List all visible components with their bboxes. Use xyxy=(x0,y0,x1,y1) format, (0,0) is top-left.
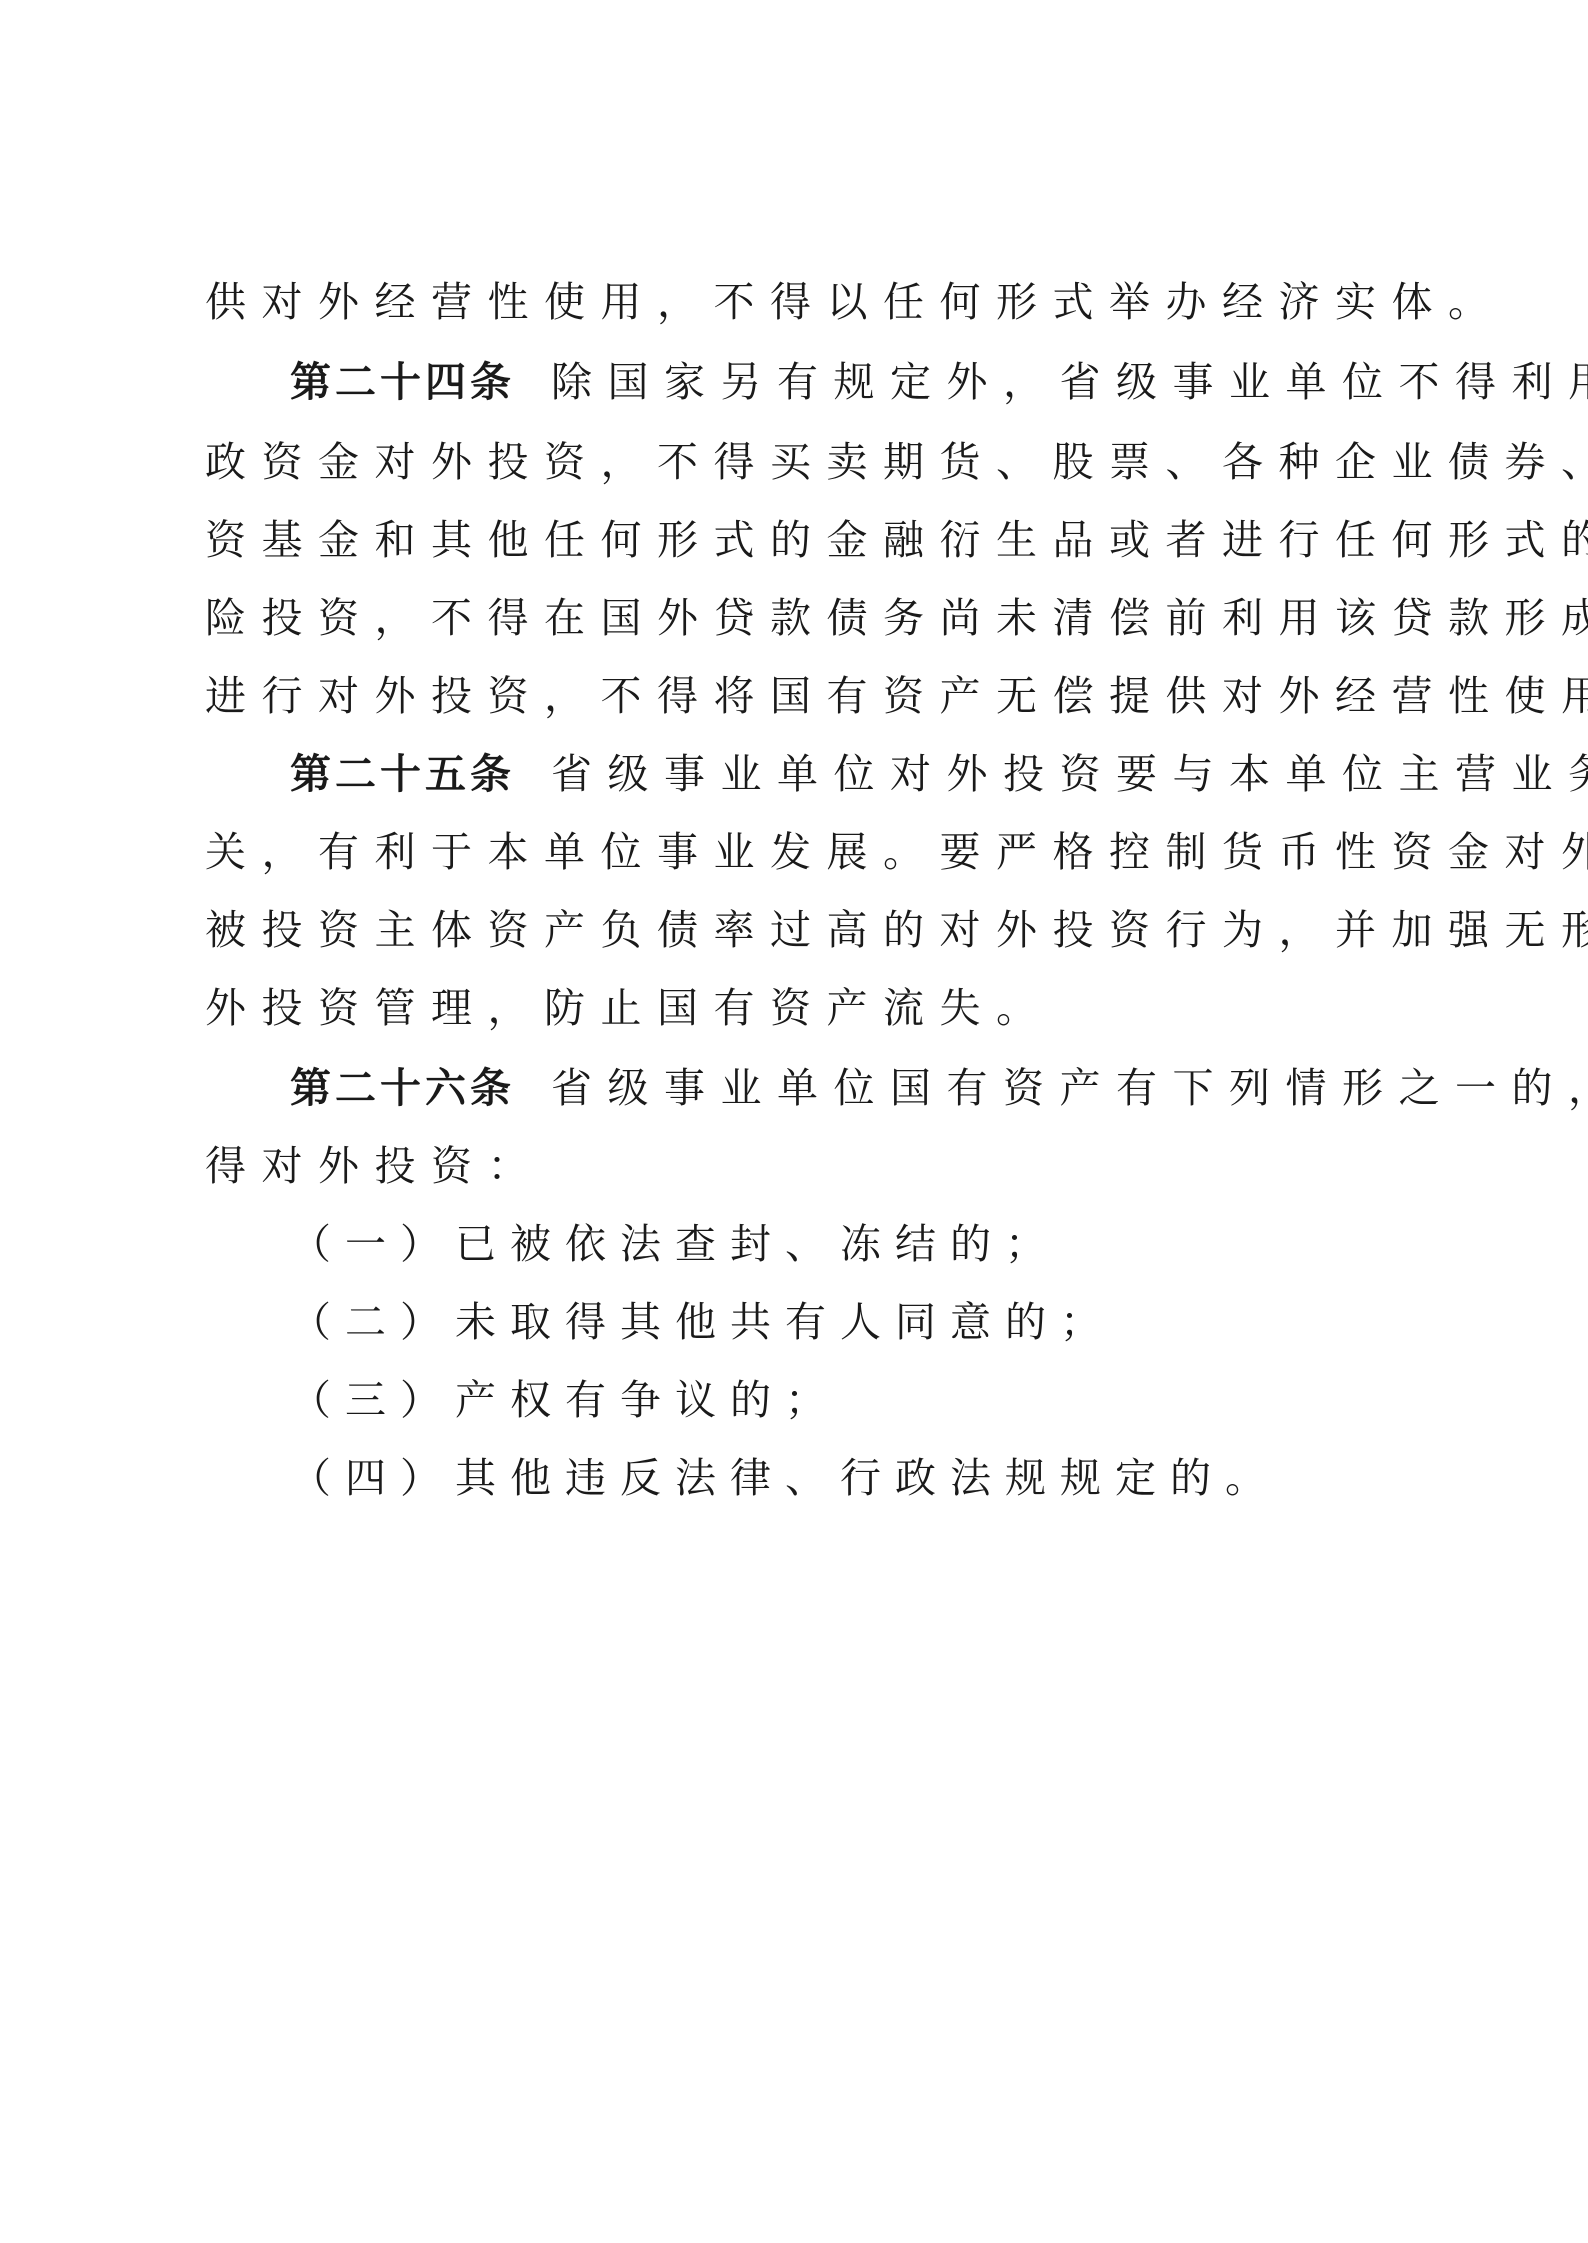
line-text: 供对外经营性使用，不得以任何形式举办经济实体。 xyxy=(205,278,1505,326)
line-text: （一）已被依法查封、冻结的； xyxy=(290,1220,1060,1268)
article-26-line: 第二十六条省级事业单位国有资产有下列情形之一的，不 xyxy=(290,1058,1465,1118)
line-text: 资基金和其他任何形式的金融衍生品或者进行任何形式的金融风 xyxy=(205,516,1588,564)
line-text: 省级事业单位对外投资要与本单位主营业务相 xyxy=(551,750,1588,798)
text-line: 外投资管理，防止国有资产流失。 xyxy=(205,978,1380,1038)
text-line: 进行对外投资，不得将国有资产无偿提供对外经营性使用。 xyxy=(205,666,1380,726)
line-text: 险投资，不得在国外贷款债务尚未清偿前利用该贷款形成的资产 xyxy=(205,594,1588,642)
line-text: （二）未取得其他共有人同意的； xyxy=(290,1298,1115,1346)
line-text: （三）产权有争议的； xyxy=(290,1376,840,1424)
list-item: （一）已被依法查封、冻结的； xyxy=(290,1214,1465,1274)
article-24-line: 第二十四条除国家另有规定外，省级事业单位不得利用财 xyxy=(290,352,1465,412)
line-text: 被投资主体资产负债率过高的对外投资行为，并加强无形资产对 xyxy=(205,906,1588,954)
list-item: （二）未取得其他共有人同意的； xyxy=(290,1292,1465,1352)
article-number: 第二十六条 xyxy=(290,1064,515,1112)
article-25-line: 第二十五条省级事业单位对外投资要与本单位主营业务相 xyxy=(290,744,1465,804)
line-text: 省级事业单位国有资产有下列情形之一的，不 xyxy=(551,1064,1588,1112)
line-text: 政资金对外投资，不得买卖期货、股票、各种企业债券、各类投 xyxy=(205,438,1588,486)
line-text: 进行对外投资，不得将国有资产无偿提供对外经营性使用。 xyxy=(205,672,1588,720)
text-line: 险投资，不得在国外贷款债务尚未清偿前利用该贷款形成的资产 xyxy=(205,588,1380,648)
line-text: 外投资管理，防止国有资产流失。 xyxy=(205,984,1053,1032)
text-line: 关，有利于本单位事业发展。要严格控制货币性资金对外投资和 xyxy=(205,822,1380,882)
line-text: 关，有利于本单位事业发展。要严格控制货币性资金对外投资和 xyxy=(205,828,1588,876)
text-line: 政资金对外投资，不得买卖期货、股票、各种企业债券、各类投 xyxy=(205,432,1380,492)
text-line: 资基金和其他任何形式的金融衍生品或者进行任何形式的金融风 xyxy=(205,510,1380,570)
line-text: 除国家另有规定外，省级事业单位不得利用财 xyxy=(551,358,1588,406)
article-27-line-anchor xyxy=(290,1434,1465,1494)
text-line: 被投资主体资产负债率过高的对外投资行为，并加强无形资产对 xyxy=(205,900,1380,960)
text-line: 得对外投资： xyxy=(205,1136,1380,1196)
article-number: 第二十四条 xyxy=(290,358,515,406)
text-line: 供对外经营性使用，不得以任何形式举办经济实体。 xyxy=(205,272,1380,332)
article-number: 第二十五条 xyxy=(290,750,515,798)
line-text: 得对外投资： xyxy=(205,1142,544,1190)
list-item: （三）产权有争议的； xyxy=(290,1370,1465,1430)
document-page: 供对外经营性使用，不得以任何形式举办经济实体。 第二十四条除国家另有规定外，省级… xyxy=(0,0,1588,2243)
